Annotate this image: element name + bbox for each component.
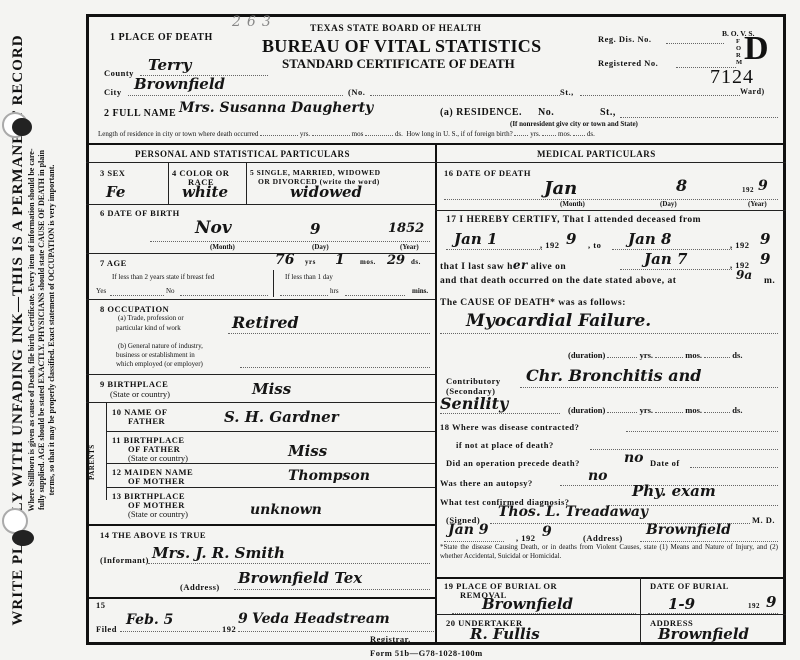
residence-label: (a) RESIDENCE. — [440, 107, 522, 118]
birthplace-value: Miss — [252, 380, 291, 398]
operation-value[interactable]: no — [624, 450, 644, 466]
mins-label: mins. — [412, 287, 428, 295]
color-field[interactable]: white — [172, 185, 242, 203]
medical-title-divider — [435, 162, 786, 163]
personal-section-title: PERSONAL AND STATISTICAL PARTICULARS — [135, 149, 350, 159]
breastfed-label: If less than 2 years state if breast fed — [112, 273, 214, 281]
age-ds: 29 — [387, 253, 405, 268]
foreign-ds-field[interactable] — [573, 135, 585, 136]
autopsy-value: no — [588, 468, 608, 484]
ward-label: Ward) — [740, 87, 765, 96]
age-field[interactable]: 76 yrs 1 mos. 29 ds. — [275, 254, 433, 270]
age-label: 7 AGE — [100, 258, 127, 268]
row-divider-dob — [86, 204, 435, 205]
registered-number: 7124 — [710, 66, 754, 89]
operation-label: Did an operation precede death? — [446, 458, 580, 468]
dod-month-caption: (Month) — [560, 200, 585, 208]
row-divider-occupation — [86, 299, 435, 300]
reg-dis-label: Reg. Dis. No. — [598, 34, 651, 44]
filed-date-field[interactable]: Feb. 5 — [120, 614, 220, 632]
marital-field[interactable]: widowed — [250, 185, 430, 203]
physician-address-label: (Address) — [583, 533, 623, 543]
occupation-value: Retired — [232, 313, 299, 332]
dod-year-prefix: 192 — [742, 186, 754, 194]
last-saw-pronoun[interactable]: er — [513, 258, 528, 272]
sex-value: Fe — [106, 183, 125, 201]
true-label: 14 THE ABOVE IS TRUE — [100, 530, 206, 540]
residence-note: (If nonresident give city or town and St… — [510, 120, 638, 128]
last-saw-year-digit: 9 — [760, 250, 770, 268]
not-at-place-field[interactable] — [590, 442, 778, 450]
contrib-yrs-label: yrs. — [640, 405, 653, 415]
contributory-value-1: Chr. Bronchitis and — [526, 366, 701, 385]
city-label: City — [104, 87, 122, 97]
father-birthplace-value: Miss — [288, 442, 327, 460]
no-label: (No. — [348, 87, 365, 97]
test-value: Phy. exam — [632, 482, 716, 500]
county-field[interactable]: Terry — [140, 60, 268, 76]
margin-line-2: fully supplied. AGE should be stated EXA… — [37, 10, 47, 650]
informant-value: Mrs. J. R. Smith — [152, 544, 285, 562]
dod-label: 16 DATE OF DEATH — [444, 168, 531, 178]
cause-duration-ds-field[interactable] — [704, 357, 730, 358]
age-yrs: 76 — [275, 252, 294, 268]
informant-field[interactable]: Mrs. J. R. Smith — [148, 546, 430, 564]
less-day-label: If less than 1 day — [285, 273, 333, 281]
duration-label: (duration) — [568, 350, 605, 360]
father-birthplace-field[interactable]: Miss — [280, 440, 430, 460]
burial-date-field[interactable]: 1-9 192 9 — [648, 596, 778, 614]
informant-address-field[interactable]: Brownfield Tex — [234, 570, 430, 590]
mother-birthplace-value: unknown — [250, 502, 322, 518]
signed-date-field[interactable]: Jan 9 — [444, 524, 504, 542]
undertaker-field[interactable]: R. Fullis — [450, 626, 636, 644]
dob-month-caption: (Month) — [210, 243, 235, 251]
father-field[interactable]: S. H. Gardner — [220, 406, 432, 428]
age-yrs-label: yrs — [305, 258, 316, 266]
row-divider-father — [106, 402, 435, 403]
attended-from-field[interactable]: Jan 1 — [446, 232, 542, 250]
mother-label-2: OF MOTHER — [128, 476, 185, 486]
signed-year-prefix: , 192 — [516, 533, 536, 543]
contrib-duration-ds-field[interactable] — [704, 412, 730, 413]
occupation-label: 8 OCCUPATION — [100, 304, 169, 314]
foreign-mos-field[interactable] — [542, 135, 556, 136]
parents-label: PARENTS — [88, 444, 96, 480]
signed-year-digit: 9 — [542, 524, 552, 540]
row-divider-father-left — [86, 402, 106, 403]
industry-field[interactable] — [240, 360, 430, 368]
mos-label: mos — [352, 130, 364, 138]
dob-label: 6 DATE OF BIRTH — [100, 208, 180, 218]
filed-year-prefix: 192 — [222, 624, 236, 634]
burial-year-digit: 9 — [766, 593, 776, 611]
age-subdivider — [273, 270, 274, 297]
attended-from-value: Jan 1 — [454, 230, 497, 248]
no-label: No — [166, 287, 175, 295]
residence-no-label: No. — [538, 107, 554, 118]
cause-field[interactable]: Myocardial Failure. — [440, 312, 778, 334]
dob-day: 9 — [310, 220, 320, 238]
undertaker-value: R. Fullis — [470, 625, 540, 643]
file-number: 263 — [232, 14, 277, 30]
attended-to-year-prefix: , 192 — [730, 240, 750, 250]
dod-field[interactable]: Jan 8 192 9 — [444, 184, 778, 200]
birthplace-field[interactable]: Miss — [240, 380, 430, 400]
occ-a-line-2: particular kind of work — [116, 324, 181, 332]
sex-color-divider — [168, 162, 169, 204]
dob-month: Nov — [195, 218, 232, 238]
undertaker-address-field[interactable]: Brownfield — [648, 626, 778, 644]
contributory-value-2: Senility — [440, 394, 508, 413]
cause-duration: (duration) yrs. mos. ds. — [568, 350, 742, 360]
hrs-label: hrs — [330, 287, 339, 295]
contracted-field[interactable] — [626, 424, 778, 432]
cause-label: The CAUSE OF DEATH* was as follows: — [440, 298, 626, 308]
contributory-field-2[interactable]: Senility — [440, 394, 560, 414]
father-label-2: FATHER — [128, 416, 165, 426]
filed-year-digit: 9 — [238, 611, 248, 627]
filed-num: 15 — [96, 600, 106, 610]
city-field[interactable]: Brownfield — [128, 80, 343, 96]
yrs-label: yrs. — [300, 130, 310, 138]
county-value: Terry — [148, 56, 192, 74]
length-yrs-field[interactable] — [260, 135, 298, 136]
reg-dis-field[interactable] — [666, 34, 724, 44]
length-mos-field[interactable] — [312, 135, 350, 136]
signed-date-value: Jan 9 — [448, 522, 489, 538]
margin-line-1: Where Stillborn is given as cause of Dea… — [27, 10, 37, 650]
county-label: County — [104, 68, 134, 78]
row-divider-father-bp — [106, 431, 435, 432]
physician-value: Thos. L. Treadaway — [498, 504, 648, 520]
attended-to-field[interactable]: Jan 8 — [612, 232, 732, 250]
age-mos: 1 — [335, 252, 345, 268]
dob-field[interactable]: Nov 9 1852 — [150, 222, 430, 242]
breastfed-yes-field[interactable] — [110, 288, 164, 296]
age-mos-label: mos. — [360, 258, 376, 266]
father-value: S. H. Gardner — [224, 408, 339, 426]
burial-year-prefix: 192 — [748, 602, 760, 610]
place-of-death-label: 1 PLACE OF DEATH — [110, 32, 213, 43]
medical-section-title: MEDICAL PARTICULARS — [537, 149, 656, 159]
form-word: FORM — [736, 38, 742, 66]
color-marital-divider — [246, 162, 247, 204]
residence-field[interactable] — [620, 110, 778, 118]
informant-address-value: Brownfield Tex — [238, 569, 362, 587]
attended-from-year-digit: 9 — [566, 230, 576, 248]
personal-title-divider — [86, 162, 435, 163]
cause-yrs-label: yrs. — [640, 350, 653, 360]
burial-place-field[interactable]: Brownfield — [452, 596, 636, 614]
foreign-mos-label: mos. — [558, 130, 571, 138]
occurred-text: and that death occurred on the date stat… — [440, 276, 676, 286]
binder-hole-top-ink — [12, 118, 32, 136]
breastfed-no-field[interactable] — [180, 288, 268, 296]
father-bp-label-3: (State or country) — [128, 453, 188, 463]
m-label: m. — [764, 276, 775, 286]
sex-field[interactable]: Fe — [100, 185, 164, 203]
dob-year: 1852 — [388, 221, 424, 236]
filed-label: Filed — [96, 624, 117, 634]
length-ds-field[interactable] — [365, 135, 393, 136]
filed-date-value: Feb. 5 — [126, 612, 173, 628]
contributory-duration: (duration) yrs. mos. ds. — [568, 405, 742, 415]
footnote: *State the disease Causing Death, or in … — [440, 543, 778, 560]
contracted-label: 18 Where was disease contracted? — [440, 422, 579, 432]
row-divider-true — [86, 524, 435, 526]
burial-place-value: Brownfield — [482, 595, 573, 613]
burial-date-value: 1-9 — [668, 595, 695, 613]
color-value: white — [182, 183, 228, 201]
undertaker-address-value: Brownfield — [658, 625, 749, 643]
length-label: Length of residence in city or town wher… — [98, 130, 258, 138]
mother-birthplace-field[interactable]: unknown — [240, 502, 430, 522]
not-at-place-label: if not at place of death? — [456, 440, 554, 450]
board-title: TEXAS STATE BOARD OF HEALTH — [310, 24, 481, 34]
full-name-value: Mrs. Susanna Daugherty — [179, 100, 373, 116]
dod-month: Jan — [544, 178, 577, 199]
full-name-label: 2 FULL NAME — [104, 108, 176, 119]
row-divider-mother — [106, 463, 435, 464]
occ-b-line-1: (b) General nature of industry, — [118, 342, 203, 350]
row-divider-mother-bp — [106, 487, 435, 488]
physician-address-field[interactable]: Brownfield — [640, 524, 778, 542]
dob-year-caption: (Year) — [400, 243, 419, 251]
registrar-value: Veda Headstream — [252, 611, 390, 627]
last-saw-label: that I last saw her alive on — [440, 258, 566, 272]
st-label: St., — [560, 87, 574, 97]
street-no-field[interactable] — [370, 86, 560, 96]
hours-field[interactable] — [280, 288, 328, 296]
form-number: Form 51b—G78-1028-100m — [370, 648, 483, 658]
birthplace-label: 9 BIRTHPLACE — [100, 379, 168, 389]
row-divider-birthplace — [86, 374, 435, 375]
cause-ds-label: ds. — [732, 350, 742, 360]
duration-label-2: (duration) — [568, 405, 605, 415]
last-saw-date-value: Jan 7 — [644, 250, 687, 268]
certify-text: 17 I HEREBY CERTIFY, That I attended dec… — [446, 215, 701, 225]
full-name-field[interactable]: Mrs. Susanna Daugherty — [175, 100, 395, 118]
informant-address-label: (Address) — [180, 582, 220, 592]
foreign-label: How long in U. S., if of foreign birth? — [406, 130, 512, 138]
mother-field[interactable]: Thompson — [280, 466, 430, 486]
operation-date-field[interactable] — [690, 460, 778, 468]
registrar-field[interactable]: 9 Veda Headstream — [238, 612, 434, 632]
attended-to-value: Jan 8 — [628, 230, 671, 248]
foreign-yrs-label: yrs. — [530, 130, 540, 138]
dob-day-caption: (Day) — [312, 243, 329, 251]
row-divider-burial — [435, 577, 786, 579]
bureau-title: BUREAU OF VITAL STATISTICS — [262, 36, 541, 57]
attended-to-year-digit: 9 — [760, 230, 770, 248]
marital-value: widowed — [290, 183, 362, 201]
registered-label: Registered No. — [598, 58, 658, 68]
cause-mos-label: mos. — [685, 350, 702, 360]
burial-column-divider — [640, 577, 641, 645]
column-divider — [435, 143, 437, 645]
binder-hole-bottom-ink — [12, 530, 34, 546]
dod-day: 8 — [676, 176, 687, 195]
contrib-ds-label: ds. — [732, 405, 742, 415]
contrib-duration-yrs-field[interactable] — [607, 412, 637, 413]
attended-from-year-prefix: , 192 — [540, 240, 560, 250]
city-value: Brownfield — [134, 75, 225, 93]
cause-duration-yrs-field[interactable] — [607, 357, 637, 358]
autopsy-label: Was there an autopsy? — [440, 478, 533, 488]
burial-date-label: DATE OF BURIAL — [650, 581, 729, 591]
mins-field[interactable] — [345, 288, 405, 296]
marital-label-1: 5 SINGLE, MARRIED, WIDOWED — [250, 168, 381, 177]
contrib-duration-mos-field[interactable] — [655, 412, 683, 413]
last-saw-text: that I last saw h — [440, 262, 513, 272]
residence-st-label: St., — [600, 107, 616, 118]
time-value[interactable]: 9a — [736, 268, 752, 282]
length-of-residence-row: Length of residence in city or town wher… — [98, 130, 778, 138]
foreign-ds-label: ds. — [587, 130, 595, 138]
cause-value: Myocardial Failure. — [466, 311, 651, 331]
ds-label: ds. — [395, 130, 403, 138]
age-ds-label: ds. — [411, 258, 421, 266]
alive-on-text: alive on — [531, 262, 566, 272]
row-divider-undertaker — [435, 614, 786, 615]
dod-year-caption: (Year) — [748, 200, 767, 208]
margin-title: WRITE PLAINLY WITH UNFADING INK—THIS IS … — [10, 10, 27, 650]
yes-label: Yes — [96, 287, 106, 295]
foreign-yrs-field[interactable] — [514, 135, 528, 136]
contributory-field-1[interactable]: Chr. Bronchitis and — [520, 368, 778, 388]
birthplace-sub: (State or country) — [110, 389, 170, 399]
occupation-field[interactable]: Retired — [228, 316, 430, 334]
contrib-mos-label: mos. — [685, 405, 702, 415]
contributory-label: Contributory — [446, 376, 501, 386]
registrar-label: Registrar. — [370, 634, 411, 644]
to-label: , to — [588, 240, 601, 250]
occ-a-line-1: (a) Trade, profession or — [118, 314, 184, 322]
certificate-title: STANDARD CERTIFICATE OF DEATH — [282, 56, 515, 72]
row-divider-certify — [435, 210, 786, 211]
last-saw-date-field[interactable]: Jan 7 — [620, 252, 732, 270]
occ-b-line-2: business or establishment in — [116, 351, 195, 359]
dod-day-caption: (Day) — [660, 200, 677, 208]
margin-line-3: terms, so that it may be properly classi… — [47, 10, 57, 650]
form-letter: D — [744, 32, 769, 66]
informant-label: (Informant) — [100, 555, 149, 565]
date-of-label: Date of — [650, 458, 680, 468]
mother-bp-label-3: (State or country) — [128, 509, 188, 519]
dod-year-digit: 9 — [758, 178, 768, 194]
row-divider-filed — [86, 597, 435, 599]
parents-divider — [106, 402, 107, 500]
margin-instructions: WRITE PLAINLY WITH UNFADING INK—THIS IS … — [6, 10, 76, 650]
sex-label: 3 SEX — [100, 168, 125, 178]
mother-value: Thompson — [288, 468, 370, 484]
occ-b-line-3: which employed (or employer) — [116, 360, 203, 368]
physician-address-value: Brownfield — [646, 522, 731, 538]
cause-duration-mos-field[interactable] — [655, 357, 683, 358]
